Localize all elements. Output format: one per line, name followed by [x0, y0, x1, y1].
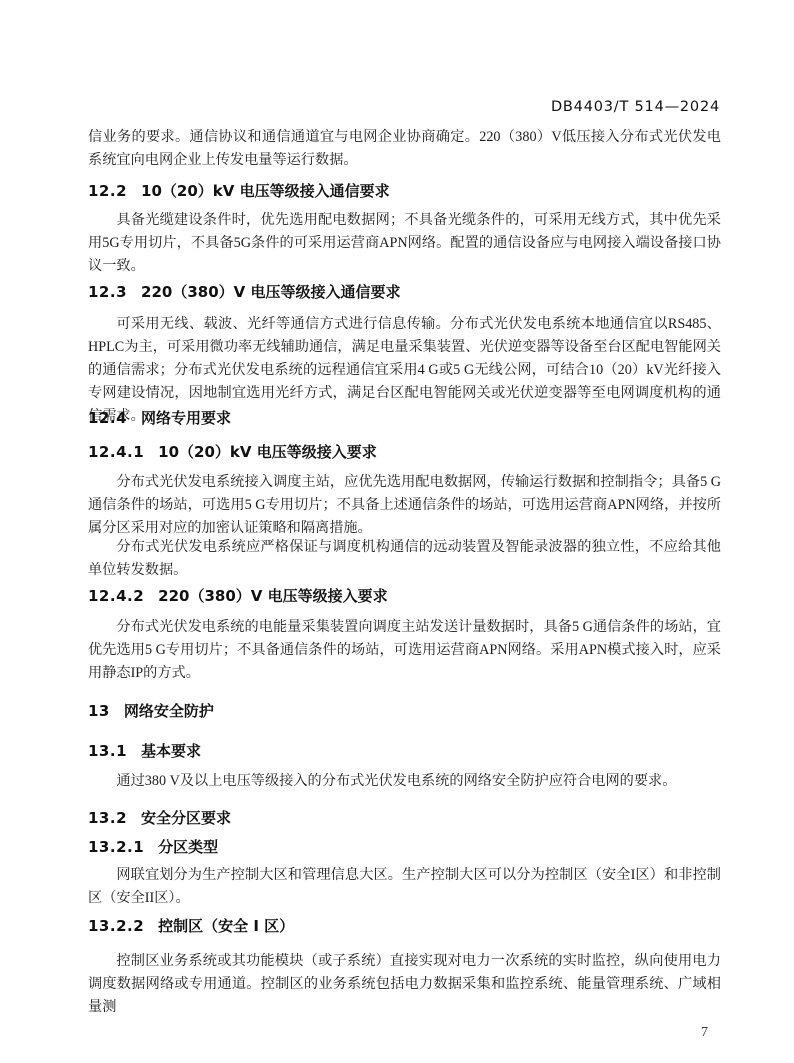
heading-number: 13.2.2	[88, 917, 144, 935]
heading-number: 12.4.2	[88, 587, 144, 605]
clause-heading-12-4-2: 12.4.2220（380）V 电压等级接入要求	[88, 585, 721, 608]
clause-heading-12-2: 12.210（20）kV 电压等级接入通信要求	[88, 180, 721, 203]
clause-heading-13-2-1: 13.2.1分区类型	[88, 836, 721, 859]
heading-title: 220（380）V 电压等级接入要求	[158, 587, 387, 605]
heading-number: 12.4	[88, 409, 127, 427]
heading-title: 基本要求	[141, 742, 201, 760]
clause-heading-13-2: 13.2安全分区要求	[88, 807, 721, 830]
paragraph: 具备光缆建设条件时，优先选用配电数据网；不具备光缆条件的，可采用无线方式，其中优…	[88, 209, 721, 278]
paragraph: 控制区业务系统或其功能模块（或子系统）直接实现对电力一次系统的实时监控，纵向使用…	[88, 950, 721, 1019]
clause-heading-12-4: 12.4网络专用要求	[88, 407, 721, 430]
heading-number: 13	[88, 702, 110, 720]
heading-number: 12.3	[88, 283, 127, 301]
heading-number: 13.1	[88, 742, 127, 760]
heading-title: 10（20）kV 电压等级接入要求	[158, 443, 377, 461]
document-page: DB4403/T 514—2024 信业务的要求。通信协议和通信通道宜与电网企业…	[0, 0, 794, 1063]
heading-title: 220（380）V 电压等级接入通信要求	[141, 283, 400, 301]
clause-heading-13-1: 13.1基本要求	[88, 740, 721, 763]
heading-number: 12.4.1	[88, 443, 144, 461]
heading-number: 13.2	[88, 809, 127, 827]
clause-heading-13-2-2: 13.2.2控制区（安全 I 区）	[88, 915, 721, 938]
heading-title: 网络安全防护	[124, 702, 214, 720]
clause-heading-12-3: 12.3220（380）V 电压等级接入通信要求	[88, 281, 721, 304]
heading-number: 12.2	[88, 182, 127, 200]
heading-title: 10（20）kV 电压等级接入通信要求	[141, 182, 390, 200]
heading-title: 分区类型	[158, 838, 218, 856]
heading-title: 安全分区要求	[141, 809, 231, 827]
paragraph: 网联宜划分为生产控制大区和管理信息大区。生产控制大区可以分为控制区（安全I区）和…	[88, 864, 721, 910]
standard-code-header: DB4403/T 514—2024	[551, 99, 720, 115]
heading-title: 控制区（安全 I 区）	[158, 917, 294, 935]
paragraph: 通过380 V及以上电压等级接入的分布式光伏发电系统的网络安全防护应符合电网的要…	[88, 770, 721, 793]
heading-number: 13.2.1	[88, 838, 144, 856]
page-number: 7	[701, 1025, 708, 1041]
paragraph-continuation: 信业务的要求。通信协议和通信通道宜与电网企业协商确定。220（380）V低压接入…	[88, 126, 721, 172]
paragraph: 分布式光伏发电系统应严格保证与调度机构通信的远动装置及智能录波器的独立性，不应给…	[88, 536, 721, 582]
paragraph: 分布式光伏发电系统的电能量采集装置向调度主站发送计量数据时，具备5 G通信条件的…	[88, 616, 721, 685]
paragraph: 分布式光伏发电系统接入调度主站，应优先选用配电数据网，传输运行数据和控制指令；具…	[88, 471, 721, 540]
heading-title: 网络专用要求	[141, 409, 231, 427]
clause-heading-12-4-1: 12.4.110（20）kV 电压等级接入要求	[88, 441, 721, 464]
chapter-heading-13: 13网络安全防护	[88, 700, 721, 723]
